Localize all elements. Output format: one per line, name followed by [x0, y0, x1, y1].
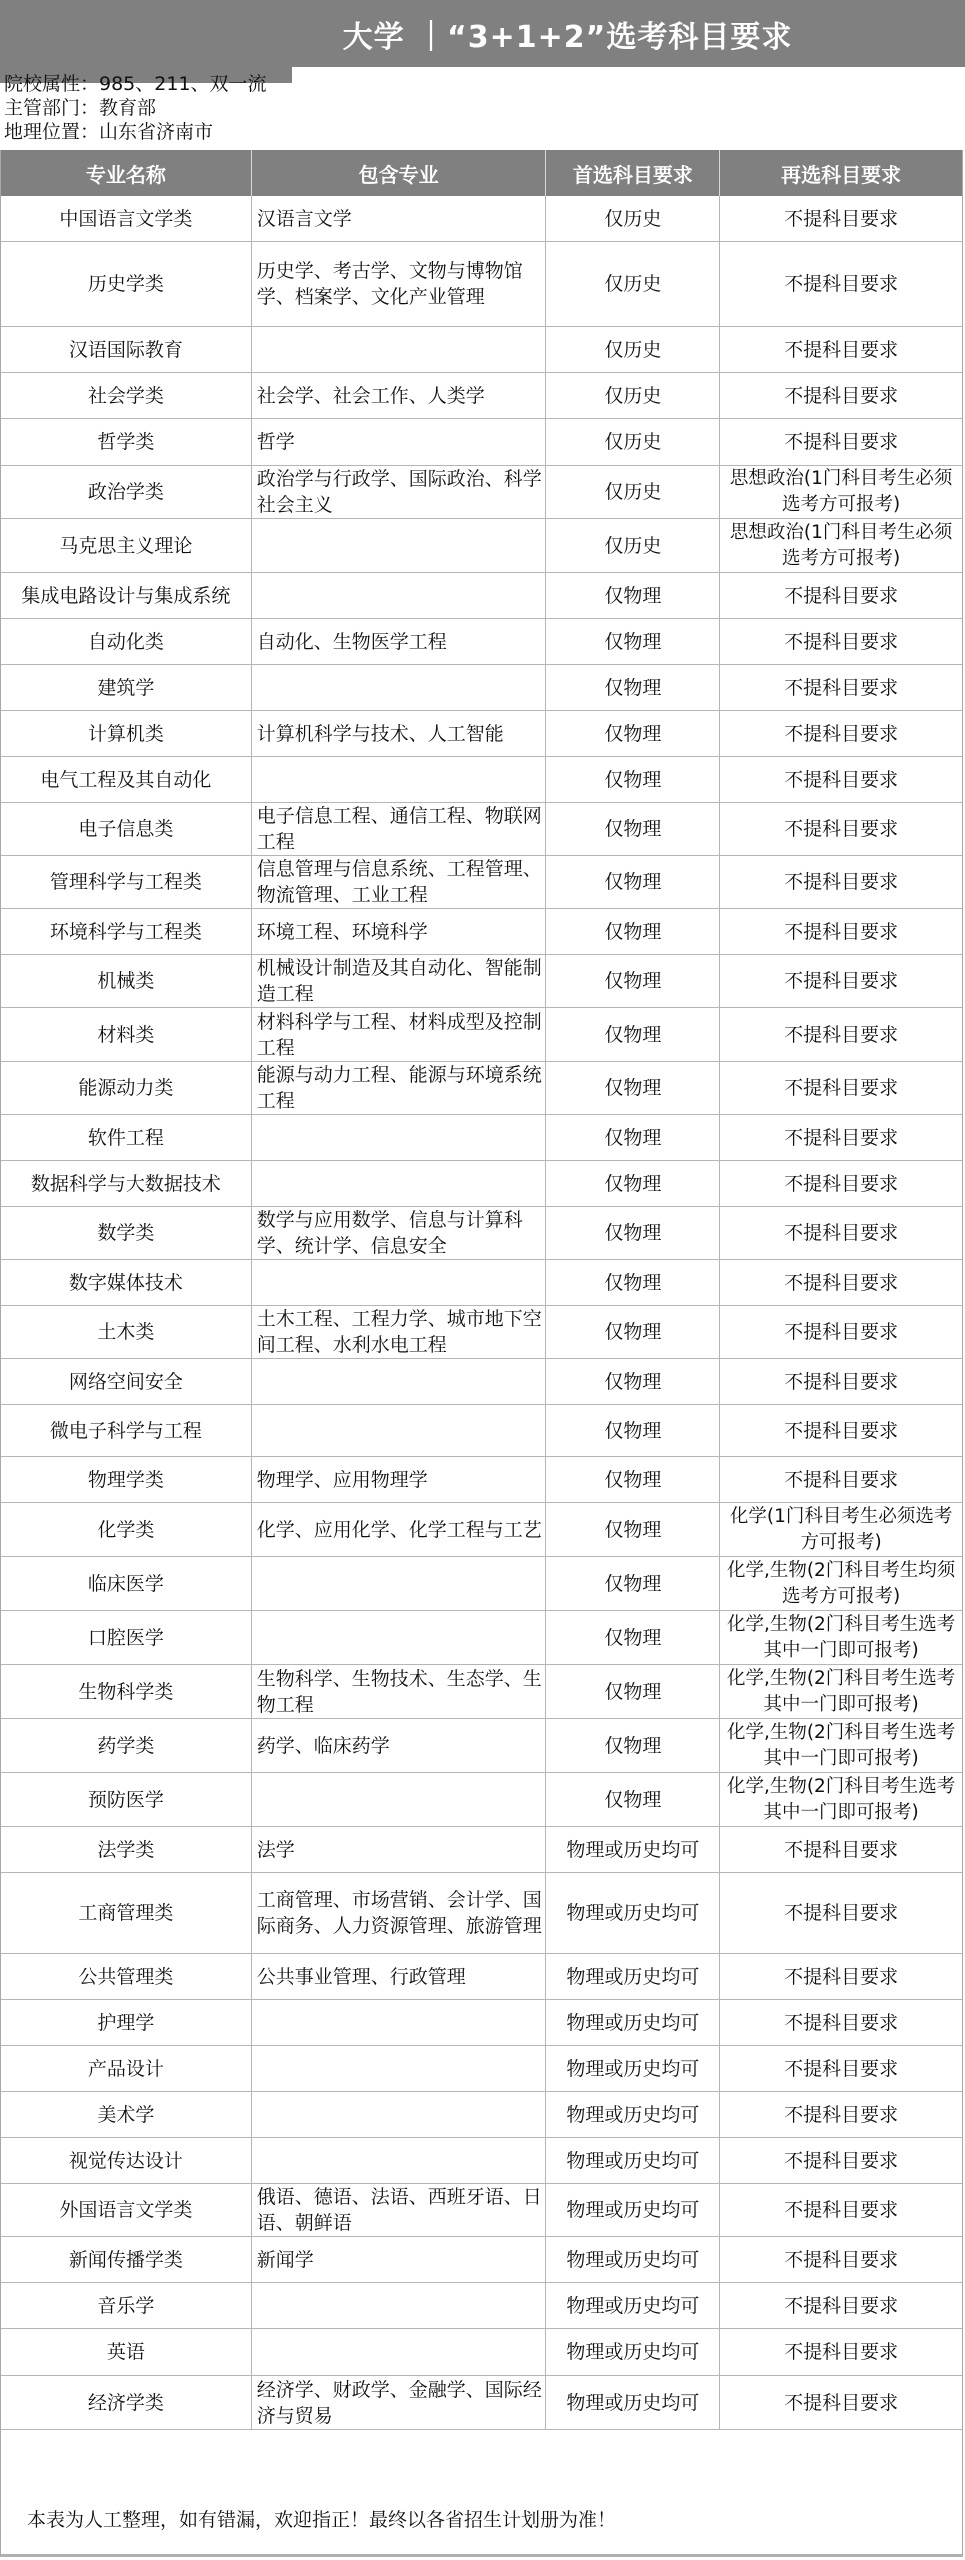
header-includes: 包含专业 [252, 150, 547, 196]
cell-first-choice: 仅历史 [546, 466, 720, 518]
cell-includes [252, 1161, 547, 1206]
cell-includes: 历史学、考古学、文物与博物馆学、档案学、文化产业管理 [252, 242, 547, 326]
cell-includes: 机械设计制造及其自动化、智能制造工程 [252, 955, 547, 1007]
cell-second-choice: 不提科目要求 [720, 2046, 962, 2091]
cell-major: 数学类 [1, 1207, 252, 1259]
cell-major: 电气工程及其自动化 [1, 757, 252, 802]
cell-major: 土木类 [1, 1306, 252, 1358]
cell-includes: 土木工程、工程力学、城市地下空间工程、水利水电工程 [252, 1306, 547, 1358]
cell-major: 社会学类 [1, 373, 252, 418]
cell-first-choice: 仅历史 [546, 196, 720, 241]
table-row: 生物科学类生物科学、生物技术、生态学、生物工程仅物理化学,生物(2门科目考生选考… [1, 1665, 962, 1719]
cell-second-choice: 不提科目要求 [720, 2283, 962, 2328]
cell-first-choice: 仅历史 [546, 373, 720, 418]
table-row: 软件工程仅物理不提科目要求 [1, 1115, 962, 1161]
cell-includes [252, 573, 547, 618]
table-row: 电气工程及其自动化仅物理不提科目要求 [1, 757, 962, 803]
cell-major: 历史学类 [1, 242, 252, 326]
cell-first-choice: 仅物理 [546, 757, 720, 802]
subject-requirements-table: 专业名称 包含专业 首选科目要求 再选科目要求 中国语言文学类汉语言文学仅历史不… [0, 150, 963, 2430]
cell-second-choice: 不提科目要求 [720, 1207, 962, 1259]
cell-major: 软件工程 [1, 1115, 252, 1160]
cell-first-choice: 仅物理 [546, 1306, 720, 1358]
cell-major: 化学类 [1, 1503, 252, 1556]
cell-includes: 俄语、德语、法语、西班牙语、日语、朝鲜语 [252, 2184, 547, 2236]
header-second-choice: 再选科目要求 [720, 150, 962, 196]
cell-major: 管理科学与工程类 [1, 856, 252, 908]
table-row: 历史学类历史学、考古学、文物与博物馆学、档案学、文化产业管理仅历史不提科目要求 [1, 242, 962, 327]
header-first-choice: 首选科目要求 [546, 150, 720, 196]
cell-includes: 能源与动力工程、能源与环境系统工程 [252, 1062, 547, 1114]
cell-includes: 自动化、生物医学工程 [252, 619, 547, 664]
cell-first-choice: 物理或历史均可 [546, 1873, 720, 1953]
cell-includes [252, 1405, 547, 1456]
cell-first-choice: 仅物理 [546, 856, 720, 908]
cell-second-choice: 不提科目要求 [720, 242, 962, 326]
cell-first-choice: 仅历史 [546, 242, 720, 326]
cell-second-choice: 不提科目要求 [720, 1115, 962, 1160]
cell-major: 材料类 [1, 1008, 252, 1061]
cell-major: 预防医学 [1, 1773, 252, 1826]
cell-major: 生物科学类 [1, 1665, 252, 1718]
table-row: 汉语国际教育仅历史不提科目要求 [1, 327, 962, 373]
cell-first-choice: 仅物理 [546, 1161, 720, 1206]
footer-note: 本表为人工整理，如有错漏，欢迎指正！最终以各省招生计划册为准！ [27, 2505, 616, 2532]
cell-second-choice: 不提科目要求 [720, 665, 962, 710]
cell-major: 音乐学 [1, 2283, 252, 2328]
cell-major: 自动化类 [1, 619, 252, 664]
cell-major: 外国语言文学类 [1, 2184, 252, 2236]
cell-first-choice: 仅物理 [546, 1557, 720, 1610]
cell-includes [252, 1611, 547, 1664]
cell-second-choice: 不提科目要求 [720, 1260, 962, 1305]
info-attribute: 院校属性：985、211、双一流 [4, 72, 267, 96]
footer: 本表为人工整理，如有错漏，欢迎指正！最终以各省招生计划册为准！ [0, 2430, 963, 2557]
cell-major: 视觉传达设计 [1, 2138, 252, 2183]
table-row: 新闻传播学类新闻学物理或历史均可不提科目要求 [1, 2237, 962, 2283]
cell-major: 物理学类 [1, 1457, 252, 1502]
cell-second-choice: 不提科目要求 [720, 955, 962, 1007]
cell-first-choice: 仅物理 [546, 909, 720, 954]
cell-first-choice: 物理或历史均可 [546, 2138, 720, 2183]
cell-first-choice: 仅历史 [546, 327, 720, 372]
cell-second-choice: 不提科目要求 [720, 1827, 962, 1872]
cell-includes [252, 327, 547, 372]
table-row: 数据科学与大数据技术仅物理不提科目要求 [1, 1161, 962, 1207]
cell-major: 中国语言文学类 [1, 196, 252, 241]
cell-first-choice: 仅物理 [546, 1457, 720, 1502]
cell-major: 政治学类 [1, 466, 252, 518]
cell-first-choice: 仅物理 [546, 1665, 720, 1718]
table-row: 自动化类自动化、生物医学工程仅物理不提科目要求 [1, 619, 962, 665]
cell-major: 英语 [1, 2329, 252, 2375]
cell-includes [252, 519, 547, 572]
cell-major: 美术学 [1, 2092, 252, 2137]
cell-second-choice: 不提科目要求 [720, 2138, 962, 2183]
table-row: 化学类化学、应用化学、化学工程与工艺仅物理化学(1门科目考生必须选考方可报考) [1, 1503, 962, 1557]
cell-includes [252, 2138, 547, 2183]
cell-includes [252, 2329, 547, 2375]
cell-second-choice: 化学,生物(2门科目考生选考其中一门即可报考) [720, 1719, 962, 1772]
table-row: 经济学类经济学、财政学、金融学、国际经济与贸易物理或历史均可不提科目要求 [1, 2376, 962, 2430]
cell-second-choice: 不提科目要求 [720, 909, 962, 954]
cell-includes: 数学与应用数学、信息与计算科学、统计学、信息安全 [252, 1207, 547, 1259]
cell-second-choice: 不提科目要求 [720, 373, 962, 418]
table-row: 哲学类哲学仅历史不提科目要求 [1, 419, 962, 466]
table-row: 环境科学与工程类环境工程、环境科学仅物理不提科目要求 [1, 909, 962, 955]
cell-major: 集成电路设计与集成系统 [1, 573, 252, 618]
table-row: 数字媒体技术仅物理不提科目要求 [1, 1260, 962, 1306]
cell-includes: 信息管理与信息系统、工程管理、物流管理、工业工程 [252, 856, 547, 908]
cell-first-choice: 物理或历史均可 [546, 2283, 720, 2328]
table-row: 电子信息类电子信息工程、通信工程、物联网工程仅物理不提科目要求 [1, 803, 962, 856]
cell-second-choice: 不提科目要求 [720, 2092, 962, 2137]
cell-second-choice: 化学,生物(2门科目考生均须选考方可报考) [720, 1557, 962, 1610]
cell-first-choice: 物理或历史均可 [546, 2046, 720, 2091]
table-row: 计算机类计算机科学与技术、人工智能仅物理不提科目要求 [1, 711, 962, 757]
cell-includes [252, 757, 547, 802]
cell-second-choice: 不提科目要求 [720, 327, 962, 372]
table-row: 数学类数学与应用数学、信息与计算科学、统计学、信息安全仅物理不提科目要求 [1, 1207, 962, 1260]
table-row: 机械类机械设计制造及其自动化、智能制造工程仅物理不提科目要求 [1, 955, 962, 1008]
table-row: 建筑学仅物理不提科目要求 [1, 665, 962, 711]
cell-first-choice: 物理或历史均可 [546, 1827, 720, 1872]
table-row: 外国语言文学类俄语、德语、法语、西班牙语、日语、朝鲜语物理或历史均可不提科目要求 [1, 2184, 962, 2237]
cell-major: 哲学类 [1, 419, 252, 465]
cell-second-choice: 不提科目要求 [720, 573, 962, 618]
cell-first-choice: 物理或历史均可 [546, 2000, 720, 2045]
cell-second-choice: 不提科目要求 [720, 1306, 962, 1358]
cell-first-choice: 物理或历史均可 [546, 2092, 720, 2137]
cell-second-choice: 不提科目要求 [720, 419, 962, 465]
cell-second-choice: 不提科目要求 [720, 2237, 962, 2282]
cell-first-choice: 仅物理 [546, 1008, 720, 1061]
cell-major: 电子信息类 [1, 803, 252, 855]
cell-second-choice: 不提科目要求 [720, 856, 962, 908]
cell-second-choice: 化学,生物(2门科目考生选考其中一门即可报考) [720, 1665, 962, 1718]
table-header: 专业名称 包含专业 首选科目要求 再选科目要求 [1, 150, 962, 196]
info-location: 地理位置：山东省济南市 [4, 120, 213, 144]
cell-includes [252, 2283, 547, 2328]
cell-major: 口腔医学 [1, 1611, 252, 1664]
cell-includes [252, 1557, 547, 1610]
cell-includes: 环境工程、环境科学 [252, 909, 547, 954]
table-body: 中国语言文学类汉语言文学仅历史不提科目要求历史学类历史学、考古学、文物与博物馆学… [1, 196, 962, 2430]
redaction-block [0, 0, 292, 83]
cell-major: 环境科学与工程类 [1, 909, 252, 954]
table-row: 药学类药学、临床药学仅物理化学,生物(2门科目考生选考其中一门即可报考) [1, 1719, 962, 1773]
cell-includes: 公共事业管理、行政管理 [252, 1954, 547, 1999]
cell-first-choice: 物理或历史均可 [546, 2329, 720, 2375]
table-row: 社会学类社会学、社会工作、人类学仅历史不提科目要求 [1, 373, 962, 419]
table-row: 微电子科学与工程仅物理不提科目要求 [1, 1405, 962, 1457]
info-department: 主管部门：教育部 [4, 96, 156, 120]
table-row: 政治学类政治学与行政学、国际政治、科学社会主义仅历史思想政治(1门科目考生必须选… [1, 466, 962, 519]
cell-second-choice: 不提科目要求 [720, 803, 962, 855]
cell-second-choice: 不提科目要求 [720, 1457, 962, 1502]
cell-includes: 经济学、财政学、金融学、国际经济与贸易 [252, 2376, 547, 2429]
cell-includes: 社会学、社会工作、人类学 [252, 373, 547, 418]
cell-first-choice: 仅物理 [546, 1359, 720, 1404]
table-row: 网络空间安全仅物理不提科目要求 [1, 1359, 962, 1405]
cell-second-choice: 不提科目要求 [720, 757, 962, 802]
cell-major: 能源动力类 [1, 1062, 252, 1114]
cell-first-choice: 仅物理 [546, 1115, 720, 1160]
cell-first-choice: 物理或历史均可 [546, 2376, 720, 2429]
table-row: 护理学物理或历史均可不提科目要求 [1, 2000, 962, 2046]
cell-includes: 药学、临床药学 [252, 1719, 547, 1772]
cell-first-choice: 仅物理 [546, 665, 720, 710]
cell-second-choice: 不提科目要求 [720, 196, 962, 241]
cell-first-choice: 物理或历史均可 [546, 1954, 720, 1999]
cell-major: 经济学类 [1, 2376, 252, 2429]
cell-includes: 电子信息工程、通信工程、物联网工程 [252, 803, 547, 855]
cell-first-choice: 仅物理 [546, 1207, 720, 1259]
table-row: 口腔医学仅物理化学,生物(2门科目考生选考其中一门即可报考) [1, 1611, 962, 1665]
table-row: 法学类法学物理或历史均可不提科目要求 [1, 1827, 962, 1873]
cell-includes [252, 1260, 547, 1305]
cell-includes [252, 1359, 547, 1404]
cell-second-choice: 不提科目要求 [720, 2329, 962, 2375]
cell-second-choice: 不提科目要求 [720, 1873, 962, 1953]
cell-major: 马克思主义理论 [1, 519, 252, 572]
table-row: 美术学物理或历史均可不提科目要求 [1, 2092, 962, 2138]
table-row: 土木类土木工程、工程力学、城市地下空间工程、水利水电工程仅物理不提科目要求 [1, 1306, 962, 1359]
table-row: 公共管理类公共事业管理、行政管理物理或历史均可不提科目要求 [1, 1954, 962, 2000]
cell-first-choice: 仅物理 [546, 711, 720, 756]
cell-major: 汉语国际教育 [1, 327, 252, 372]
cell-includes: 生物科学、生物技术、生态学、生物工程 [252, 1665, 547, 1718]
cell-major: 微电子科学与工程 [1, 1405, 252, 1456]
cell-second-choice: 不提科目要求 [720, 2184, 962, 2236]
cell-includes: 新闻学 [252, 2237, 547, 2282]
cell-major: 临床医学 [1, 1557, 252, 1610]
cell-major: 护理学 [1, 2000, 252, 2045]
table-row: 中国语言文学类汉语言文学仅历史不提科目要求 [1, 196, 962, 242]
cell-second-choice: 不提科目要求 [720, 1161, 962, 1206]
cell-major: 网络空间安全 [1, 1359, 252, 1404]
cell-first-choice: 仅物理 [546, 955, 720, 1007]
cell-includes: 计算机科学与技术、人工智能 [252, 711, 547, 756]
cell-includes [252, 665, 547, 710]
cell-first-choice: 仅物理 [546, 1719, 720, 1772]
table-row: 物理学类物理学、应用物理学仅物理不提科目要求 [1, 1457, 962, 1503]
cell-major: 建筑学 [1, 665, 252, 710]
table-row: 视觉传达设计物理或历史均可不提科目要求 [1, 2138, 962, 2184]
cell-second-choice: 思想政治(1门科目考生必须选考方可报考) [720, 466, 962, 518]
cell-second-choice: 不提科目要求 [720, 711, 962, 756]
cell-includes [252, 1115, 547, 1160]
cell-second-choice: 化学,生物(2门科目考生选考其中一门即可报考) [720, 1773, 962, 1826]
table-row: 集成电路设计与集成系统仅物理不提科目要求 [1, 573, 962, 619]
cell-includes [252, 1773, 547, 1826]
cell-first-choice: 仅物理 [546, 1611, 720, 1664]
cell-second-choice: 不提科目要求 [720, 1954, 962, 1999]
cell-second-choice: 不提科目要求 [720, 1008, 962, 1061]
table-row: 马克思主义理论仅历史思想政治(1门科目考生必须选考方可报考) [1, 519, 962, 573]
cell-second-choice: 不提科目要求 [720, 2000, 962, 2045]
cell-major: 新闻传播学类 [1, 2237, 252, 2282]
cell-second-choice: 不提科目要求 [720, 2376, 962, 2429]
cell-major: 数字媒体技术 [1, 1260, 252, 1305]
cell-first-choice: 仅物理 [546, 573, 720, 618]
cell-includes: 政治学与行政学、国际政治、科学社会主义 [252, 466, 547, 518]
cell-second-choice: 不提科目要求 [720, 1405, 962, 1456]
cell-first-choice: 仅物理 [546, 619, 720, 664]
header-major: 专业名称 [1, 150, 252, 196]
table-row: 工商管理类工商管理、市场营销、会计学、国际商务、人力资源管理、旅游管理物理或历史… [1, 1873, 962, 1954]
cell-includes [252, 2092, 547, 2137]
table-row: 产品设计物理或历史均可不提科目要求 [1, 2046, 962, 2092]
cell-major: 计算机类 [1, 711, 252, 756]
cell-major: 数据科学与大数据技术 [1, 1161, 252, 1206]
cell-includes: 哲学 [252, 419, 547, 465]
cell-second-choice: 不提科目要求 [720, 1062, 962, 1114]
table-row: 音乐学物理或历史均可不提科目要求 [1, 2283, 962, 2329]
cell-includes: 化学、应用化学、化学工程与工艺 [252, 1503, 547, 1556]
table-row: 材料类材料科学与工程、材料成型及控制工程仅物理不提科目要求 [1, 1008, 962, 1062]
cell-second-choice: 不提科目要求 [720, 1359, 962, 1404]
cell-second-choice: 思想政治(1门科目考生必须选考方可报考) [720, 519, 962, 572]
cell-second-choice: 化学,生物(2门科目考生选考其中一门即可报考) [720, 1611, 962, 1664]
cell-first-choice: 仅物理 [546, 1773, 720, 1826]
table-row: 管理科学与工程类信息管理与信息系统、工程管理、物流管理、工业工程仅物理不提科目要… [1, 856, 962, 909]
cell-first-choice: 物理或历史均可 [546, 2184, 720, 2236]
cell-major: 公共管理类 [1, 1954, 252, 1999]
cell-first-choice: 仅历史 [546, 519, 720, 572]
cell-first-choice: 仅物理 [546, 803, 720, 855]
cell-first-choice: 仅物理 [546, 1503, 720, 1556]
cell-includes: 工商管理、市场营销、会计学、国际商务、人力资源管理、旅游管理 [252, 1873, 547, 1953]
cell-first-choice: 物理或历史均可 [546, 2237, 720, 2282]
table-row: 临床医学仅物理化学,生物(2门科目考生均须选考方可报考) [1, 1557, 962, 1611]
table-row: 能源动力类能源与动力工程、能源与环境系统工程仅物理不提科目要求 [1, 1062, 962, 1115]
cell-includes [252, 2046, 547, 2091]
table-row: 预防医学仅物理化学,生物(2门科目考生选考其中一门即可报考) [1, 1773, 962, 1827]
cell-second-choice: 不提科目要求 [720, 619, 962, 664]
cell-major: 药学类 [1, 1719, 252, 1772]
cell-major: 产品设计 [1, 2046, 252, 2091]
table-row: 英语物理或历史均可不提科目要求 [1, 2329, 962, 2376]
cell-second-choice: 化学(1门科目考生必须选考方可报考) [720, 1503, 962, 1556]
cell-first-choice: 仅物理 [546, 1405, 720, 1456]
cell-includes [252, 2000, 547, 2045]
cell-includes: 物理学、应用物理学 [252, 1457, 547, 1502]
cell-first-choice: 仅物理 [546, 1062, 720, 1114]
cell-major: 机械类 [1, 955, 252, 1007]
cell-includes: 汉语言文学 [252, 196, 547, 241]
cell-includes: 材料科学与工程、材料成型及控制工程 [252, 1008, 547, 1061]
cell-first-choice: 仅历史 [546, 419, 720, 465]
cell-first-choice: 仅物理 [546, 1260, 720, 1305]
cell-includes: 法学 [252, 1827, 547, 1872]
page-title: 大学 ｜“3+1+2”选考科目要求 [343, 12, 793, 56]
cell-major: 工商管理类 [1, 1873, 252, 1953]
cell-major: 法学类 [1, 1827, 252, 1872]
